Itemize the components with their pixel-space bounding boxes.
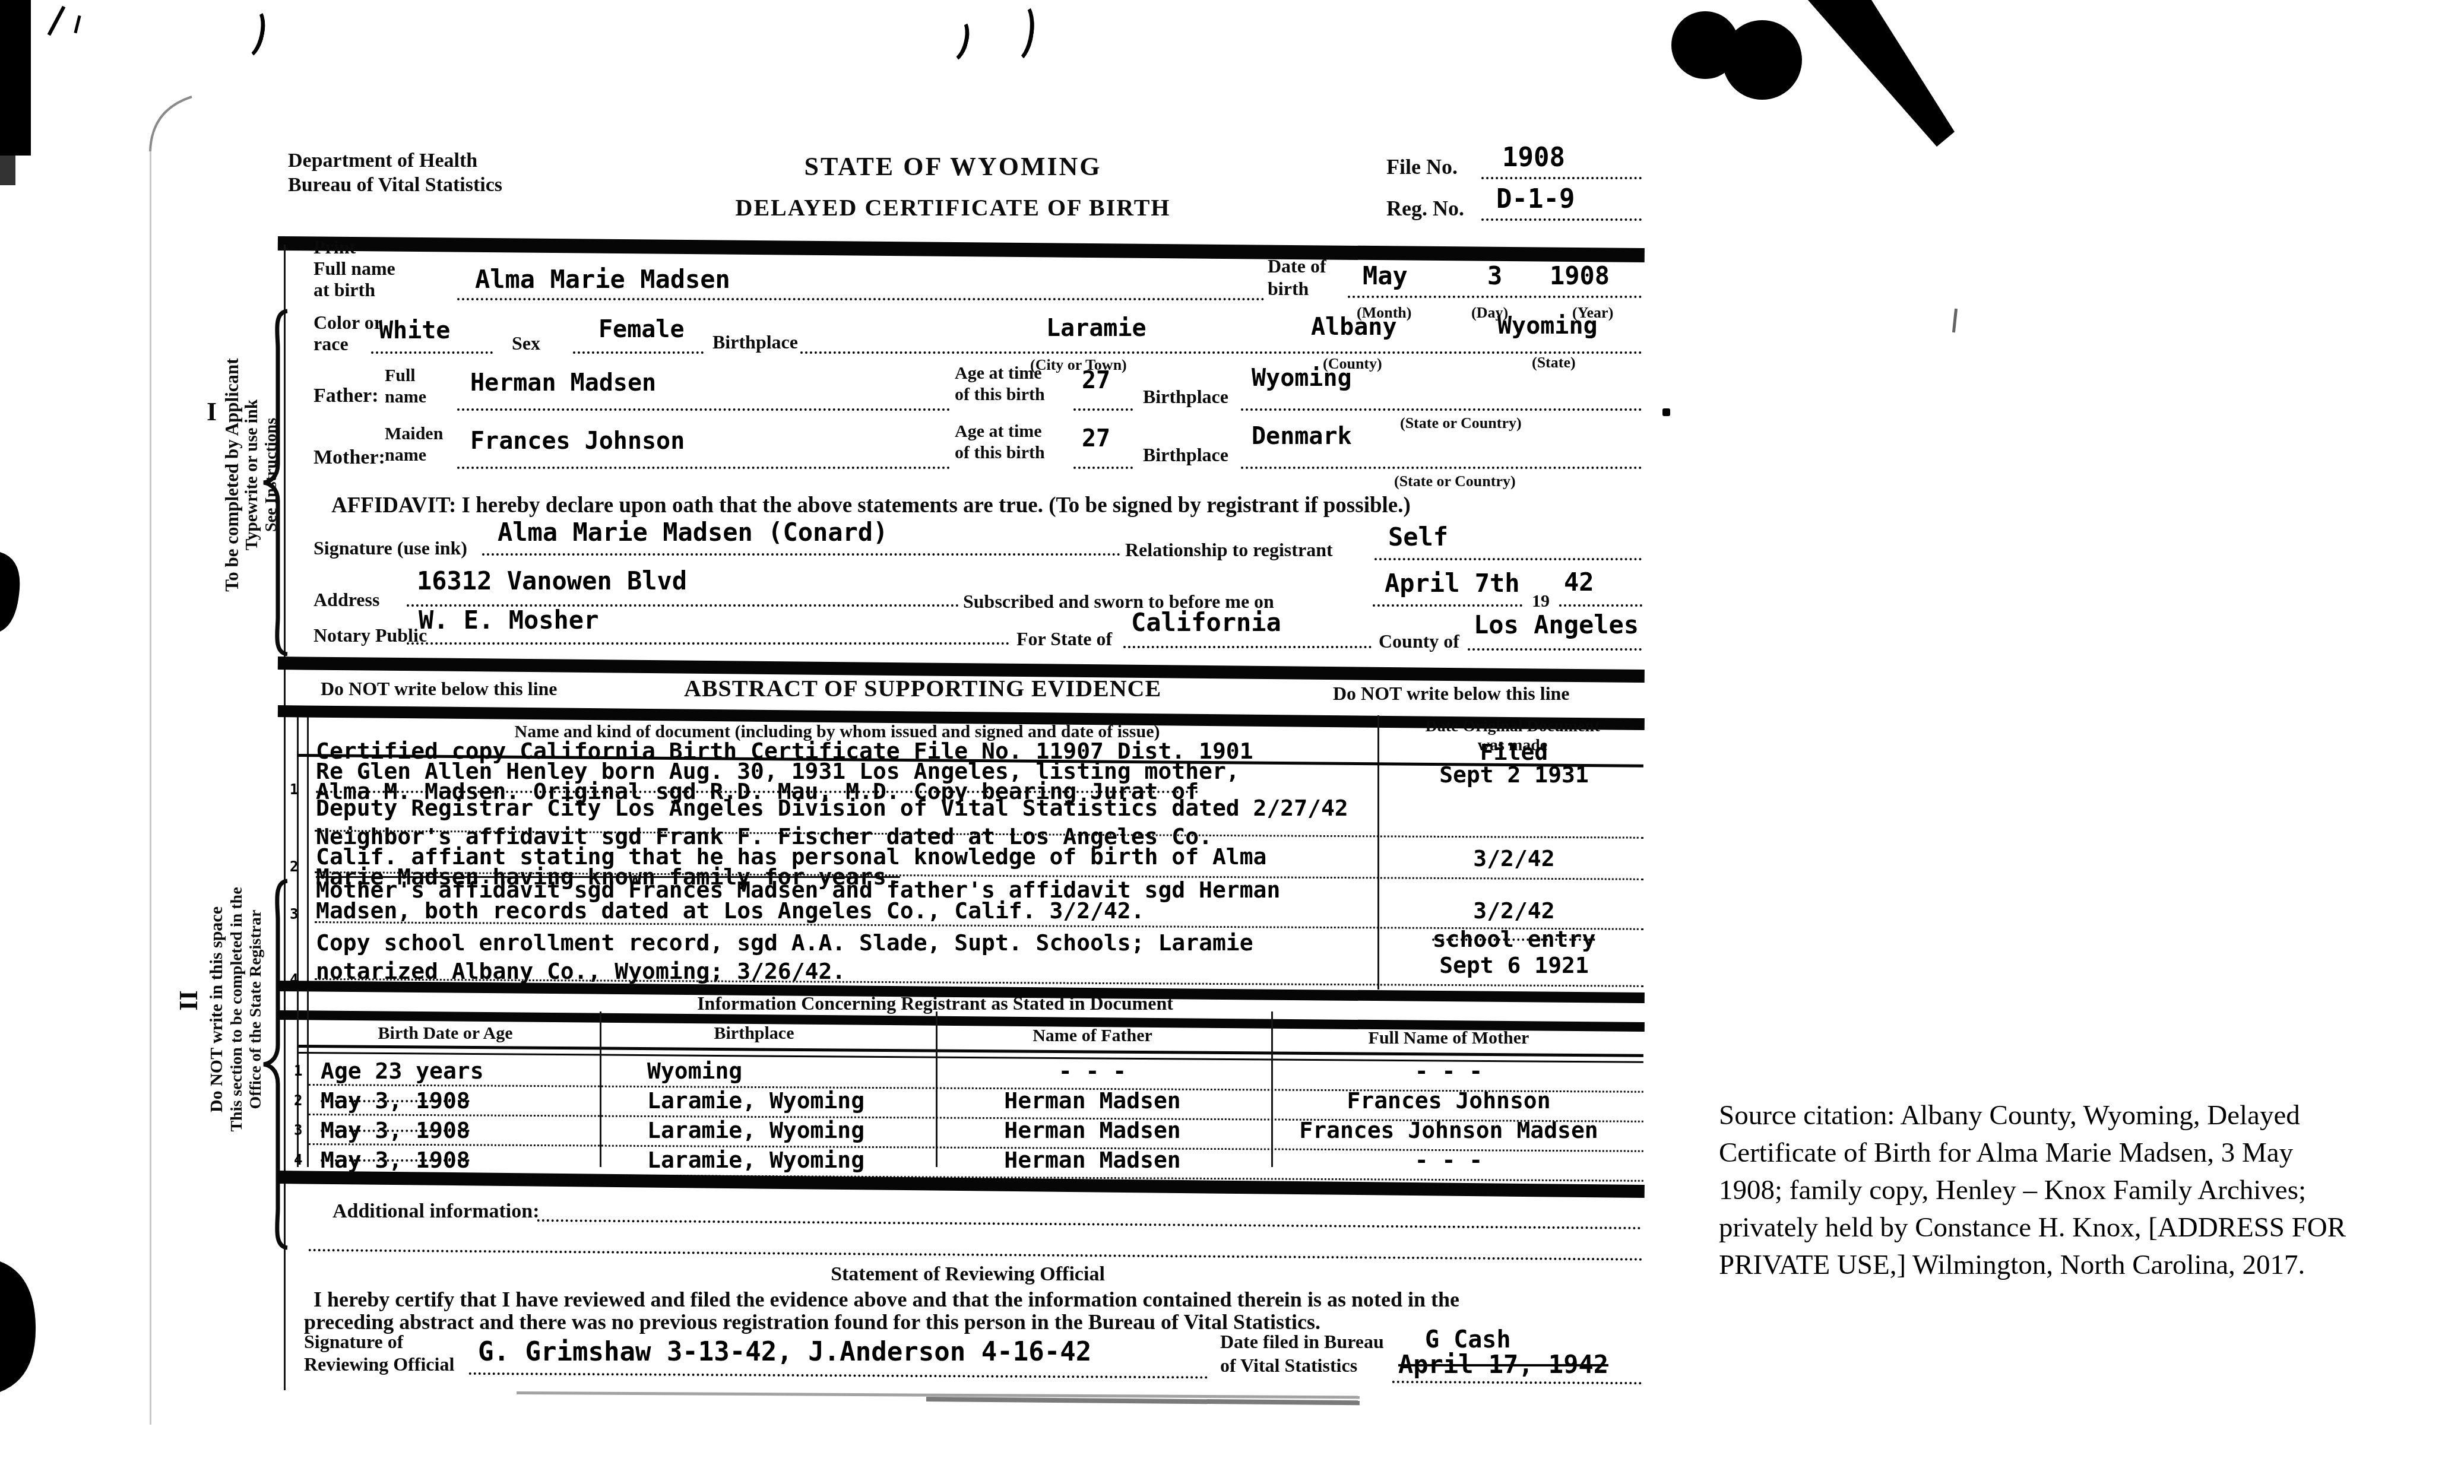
table-row-number: 3 [294, 1122, 302, 1139]
filed-date-line [1392, 1359, 1642, 1384]
table-row-number: 2 [294, 1092, 302, 1109]
father-name-label2: name [385, 387, 426, 407]
section-two-brace [259, 879, 291, 1250]
review-sig-label1: Signature of [304, 1331, 403, 1353]
evidence-date-line: Sept 2 1931 [1386, 763, 1642, 786]
signature-label: Signature (use ink) [313, 537, 467, 559]
for-state-label: For State of [1016, 628, 1112, 650]
do-not-write-left: Do NOT write below this line [321, 678, 558, 700]
evidence-row-number: 2 [290, 858, 298, 875]
fullname-line [457, 274, 1265, 300]
affidavit-text: AFFIDAVIT: I hereby declare upon oath th… [331, 493, 1411, 518]
section-one-brace [259, 309, 291, 657]
notary-county-line [1468, 624, 1642, 651]
race-label2: race [313, 333, 349, 355]
father-state-country-caption: (State or Country) [1400, 414, 1522, 432]
table-row-number: 4 [294, 1152, 302, 1168]
registrant-table-title: Information Concerning Registrant as Sta… [594, 992, 1277, 1014]
table-row-number: 1 [294, 1063, 302, 1079]
father-name-line [457, 385, 950, 411]
source-citation: Source citation: Albany County, Wyoming,… [1719, 1097, 2346, 1284]
sworn-date-line [1373, 581, 1522, 607]
evidence-row: Certified copy California Birth Certific… [316, 741, 1348, 818]
ink-blot-icon [1722, 20, 1802, 100]
sworn-year-line [1559, 581, 1642, 607]
notary-state-line [1123, 622, 1372, 648]
father-name-label1: Full [385, 366, 416, 386]
citation-line: Certificate of Birth for Alma Marie Mads… [1719, 1134, 2346, 1172]
mother-name-label1: Maiden [385, 424, 443, 444]
dob-label2: birth [1268, 278, 1309, 300]
state-caption: (State) [1532, 354, 1576, 372]
mother-state-country-caption: (State or Country) [1394, 473, 1516, 490]
county-of-label: County of [1379, 630, 1459, 652]
filed-label1: Date filed in Bureau [1220, 1331, 1384, 1353]
father-age-label2: of this birth [955, 385, 1045, 405]
evidence-date-cell: Filed Sept 2 1931 [1386, 741, 1642, 786]
evidence-row-number: 3 [290, 906, 298, 922]
scratch-streak-icon [1808, 0, 1955, 147]
department-line1: Department of Health [288, 150, 477, 172]
evidence-date-line: Filed [1386, 741, 1642, 763]
father-role-label: Father: [313, 385, 379, 407]
signature-line [482, 529, 1120, 556]
mother-role-label: Mother: [313, 446, 385, 469]
section-two-numeral: II [173, 990, 204, 1010]
relationship-line [1374, 534, 1642, 560]
review-sig-label2: Reviewing Official [304, 1353, 454, 1375]
mother-age-label1: Age at time [955, 421, 1042, 442]
dob-line [1348, 272, 1642, 298]
citation-line: Source citation: Albany County, Wyoming,… [1719, 1097, 2346, 1134]
evidence-table-border [297, 717, 299, 990]
review-title: Statement of Reviewing Official [701, 1263, 1235, 1286]
father-age-label1: Age at time [955, 363, 1042, 383]
do-not-write-right: Do NOT write below this line [1333, 683, 1570, 705]
mother-birthplace-line [1241, 443, 1642, 469]
mother-birthplace-label: Birthplace [1143, 444, 1228, 466]
col-header-birthplace: Birthplace [612, 1023, 897, 1044]
notary-line [407, 619, 1009, 645]
evidence-date-line: school entry [1386, 926, 1642, 952]
review-sig-line [469, 1349, 1208, 1379]
review-body-line1: I hereby certify that I have reviewed an… [313, 1287, 1459, 1312]
margin-note-line: To be completed by Applicant [222, 315, 242, 635]
file-no-line [1481, 153, 1642, 179]
birthplace-city-value: Laramie [1046, 315, 1147, 342]
relationship-label: Relationship to registrant [1125, 539, 1333, 561]
father-birthplace-label: Birthplace [1143, 386, 1228, 408]
race-line [371, 328, 493, 354]
citation-line: PRIVATE USE,] Wilmington, North Carolina… [1719, 1247, 2346, 1284]
scanned-birth-certificate-page: Department of Health Bureau of Vital Sta… [0, 0, 2464, 1484]
department-line2: Bureau of Vital Statistics [288, 174, 502, 196]
additional-info-label: Additional information: [332, 1200, 540, 1223]
father-age-line [1073, 385, 1133, 411]
birthplace-state-value: Wyoming [1497, 312, 1598, 340]
col-header-mother: Full Name of Mother [1282, 1028, 1615, 1048]
margin-note-line: Do NOT write in this space [207, 832, 227, 1188]
reg-no-label: Reg. No. [1386, 196, 1464, 221]
citation-line: privately held by Constance H. Knox, [AD… [1719, 1209, 2346, 1247]
ink-dot-icon [1662, 408, 1670, 416]
sworn-year-prefix: 19 [1532, 591, 1550, 611]
birthplace-label: Birthplace [712, 331, 798, 353]
evidence-table-border [307, 717, 309, 990]
father-birthplace-line [1241, 385, 1642, 411]
dob-label1: Date of [1268, 255, 1326, 277]
margin-note-line: This section to be completed in the [227, 832, 246, 1188]
abstract-title: ABSTRACT OF SUPPORTING EVIDENCE [684, 674, 1161, 702]
sex-label: Sex [512, 332, 540, 354]
filed-label2: of Vital Statistics [1220, 1355, 1357, 1377]
certificate-title: DELAYED CERTIFICATE OF BIRTH [701, 194, 1205, 221]
col-header-birthdate: Birth Date or Age [321, 1023, 570, 1044]
citation-line: 1908; family copy, Henley – Knox Family … [1719, 1172, 2346, 1209]
print-label: Print [313, 236, 356, 258]
fullname-label1: Full name [313, 258, 395, 280]
birthplace-county-value: Albany [1311, 313, 1397, 341]
evidence-line: Copy school enrollment record, sgd A.A. … [316, 928, 1253, 957]
mother-age-label2: of this birth [955, 443, 1045, 463]
file-no-label: File No. [1386, 154, 1458, 179]
evidence-col2-header1: Date Original Document [1383, 717, 1642, 736]
mother-name-label2: name [385, 445, 426, 465]
state-title: STATE OF WYOMING [701, 151, 1205, 182]
col-header-father: Name of Father [950, 1026, 1235, 1046]
section-one-numeral: I [207, 397, 217, 427]
fullname-label2: at birth [313, 279, 375, 301]
evidence-date-divider [1377, 715, 1379, 990]
mother-name-line [457, 443, 950, 469]
address-line [407, 581, 959, 607]
sex-line [573, 328, 704, 354]
mother-age-line [1073, 443, 1133, 469]
city-caption: (City or Town) [1030, 356, 1127, 374]
evidence-row-number: 1 [290, 781, 298, 798]
address-label: Address [313, 589, 379, 611]
reg-no-line [1481, 195, 1642, 221]
review-body-line2: preceding abstract and there was no prev… [304, 1309, 1320, 1334]
